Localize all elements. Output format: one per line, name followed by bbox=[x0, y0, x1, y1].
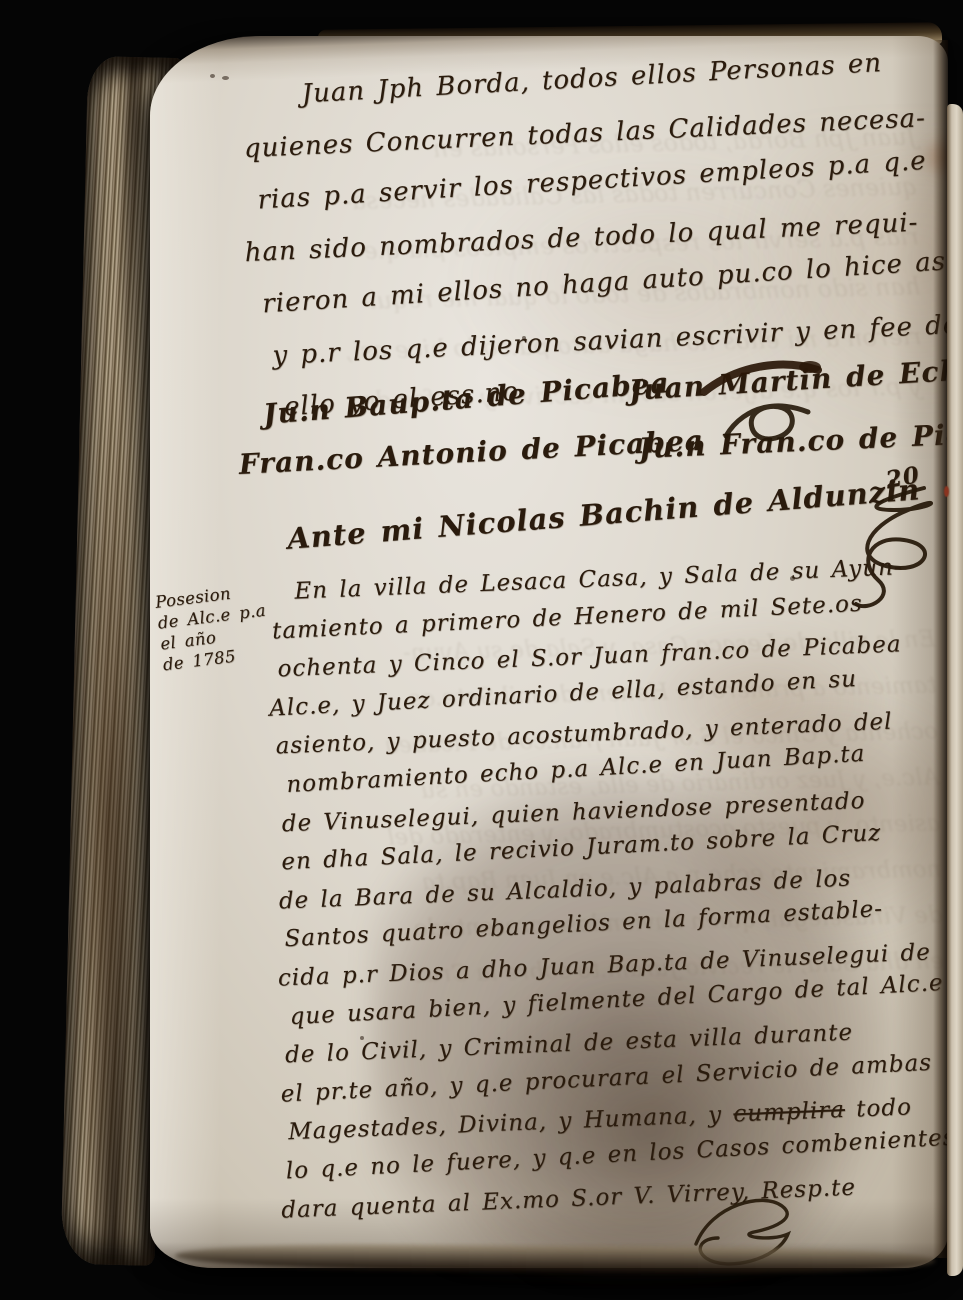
adjacent-page-edge bbox=[947, 104, 963, 1276]
manuscript-photo: Juan Jph Borda, todos ellos Personas en … bbox=[0, 0, 963, 1300]
ink-speck bbox=[210, 74, 215, 78]
struck-word: cumplira bbox=[733, 1097, 846, 1127]
oath-paragraph: En la villa de Lesaca Casa, y Sala de su… bbox=[260, 552, 963, 1235]
red-speck bbox=[944, 486, 949, 497]
signature-rubric bbox=[716, 392, 826, 454]
manuscript-page: Juan Jph Borda, todos ellos Personas en … bbox=[150, 36, 948, 1268]
ink-speck bbox=[222, 76, 229, 80]
notary-attestation-line: Ante mi Nicolas Bachin de Aldunzin bbox=[286, 472, 921, 556]
margin-note: Posesion de Alc.e p.a el año de 1785 bbox=[154, 579, 272, 676]
page-crease bbox=[933, 40, 948, 1258]
